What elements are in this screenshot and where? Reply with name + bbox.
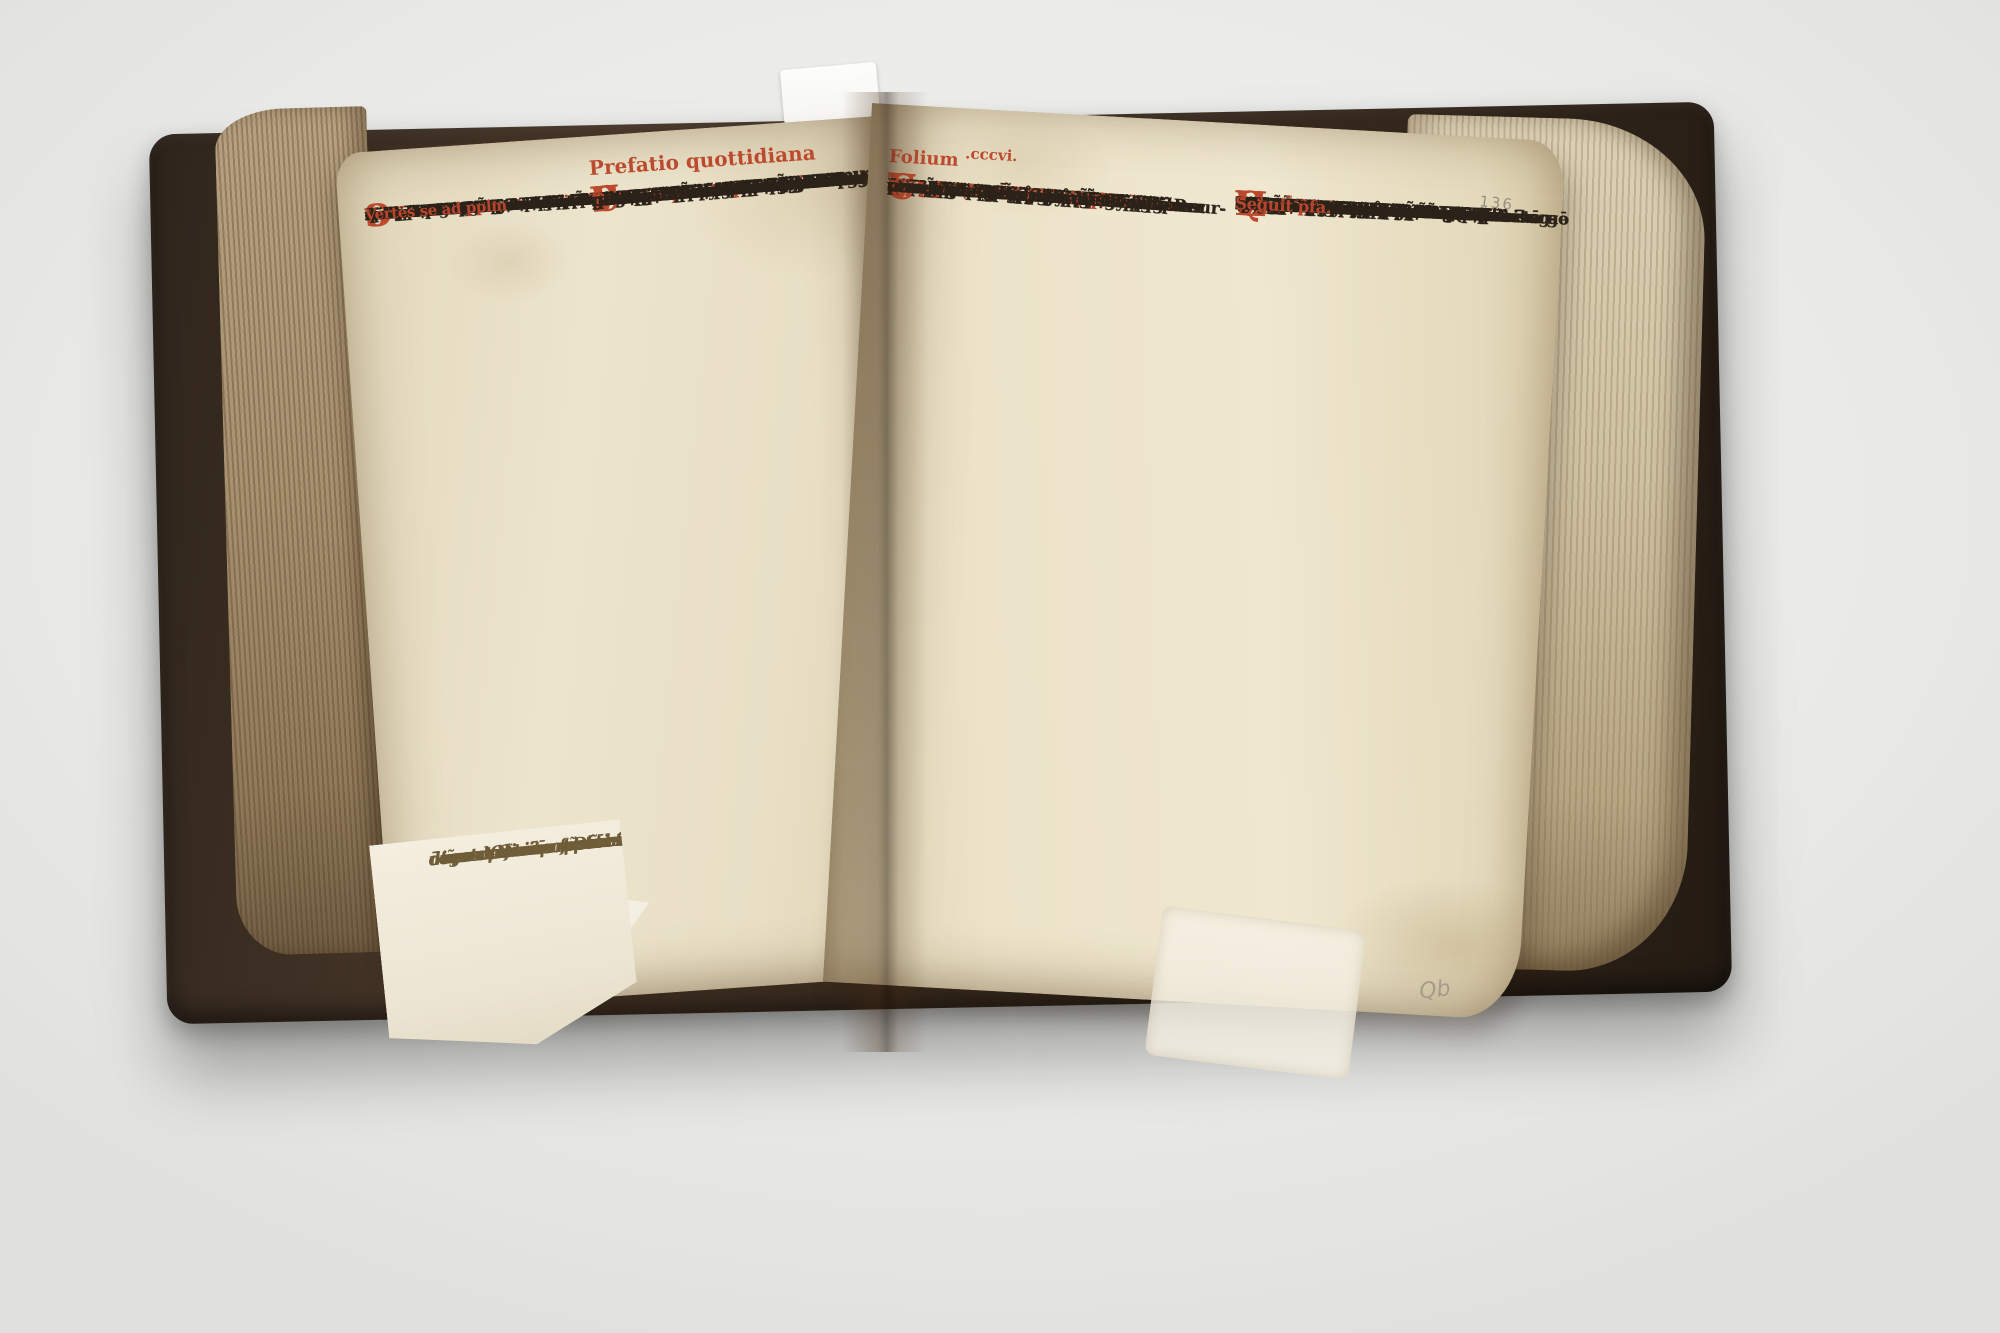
pencil-ownership-mark: Qb <box>1418 976 1452 1005</box>
rubric-segment: Sequit̃ p̃fa. <box>1234 191 1331 221</box>
text-segment: venerātes i p̃mis gl'iose sy v̈gi <box>886 174 1158 218</box>
right-page: Folium .cccvi. 136 se sy v̈gis marie gen… <box>823 103 1566 1020</box>
right-page-column-1: se sy v̈gis marie genitric? eius-dē dei … <box>888 174 1209 196</box>
photo-of-open-missal: Offerimus tibi domine hūccalicem salutar… <box>0 0 2000 1333</box>
paper-repair-patch <box>1144 906 1366 1081</box>
text-segment: cum · Oremus · <box>428 834 581 873</box>
left-page-column-1: Offerimus tibi domine hūccalicem salutar… <box>364 191 581 206</box>
printed-folio-number: .cccvi. <box>965 144 1018 165</box>
pasted-manuscript-slip: dicat · Orate fr̃es et sorores pro me pc… <box>369 819 642 1059</box>
